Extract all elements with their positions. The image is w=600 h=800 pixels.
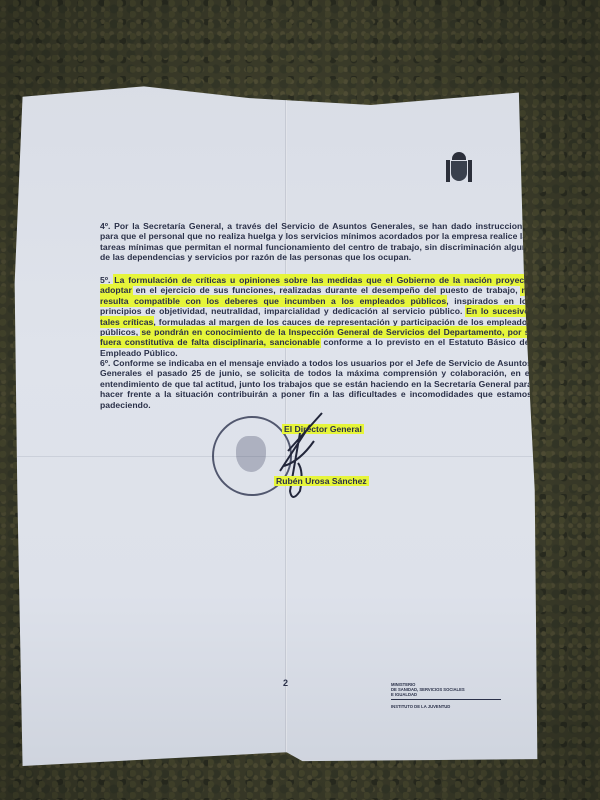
- footer-line-4: Instituto de la Juventud: [391, 704, 501, 709]
- paragraph-6: 6º. Conforme se indicaba en el mensaje e…: [100, 358, 532, 410]
- paragraph-text: 5º.: [100, 275, 114, 285]
- paragraph-text: en el ejercicio de sus funciones, realiz…: [132, 285, 522, 295]
- handwritten-signature: [270, 411, 330, 501]
- ministry-footer: Ministerio de Sanidad, Servicios Sociale…: [391, 682, 501, 709]
- stamp-crest-icon: [236, 436, 266, 472]
- footer-line-3: e Igualdad: [391, 692, 501, 697]
- signatory-name: Rubén Urosa Sánchez: [274, 476, 369, 486]
- footer-divider: [391, 699, 501, 700]
- paragraph-5: 5º. La formulación de críticas u opinion…: [100, 275, 532, 358]
- page-number: 2: [283, 678, 288, 688]
- coat-of-arms-icon: [446, 156, 472, 192]
- document-page: 4º. Por la Secretaría General, a través …: [12, 76, 540, 766]
- paragraph-4: 4º. Por la Secretaría General, a través …: [100, 221, 532, 263]
